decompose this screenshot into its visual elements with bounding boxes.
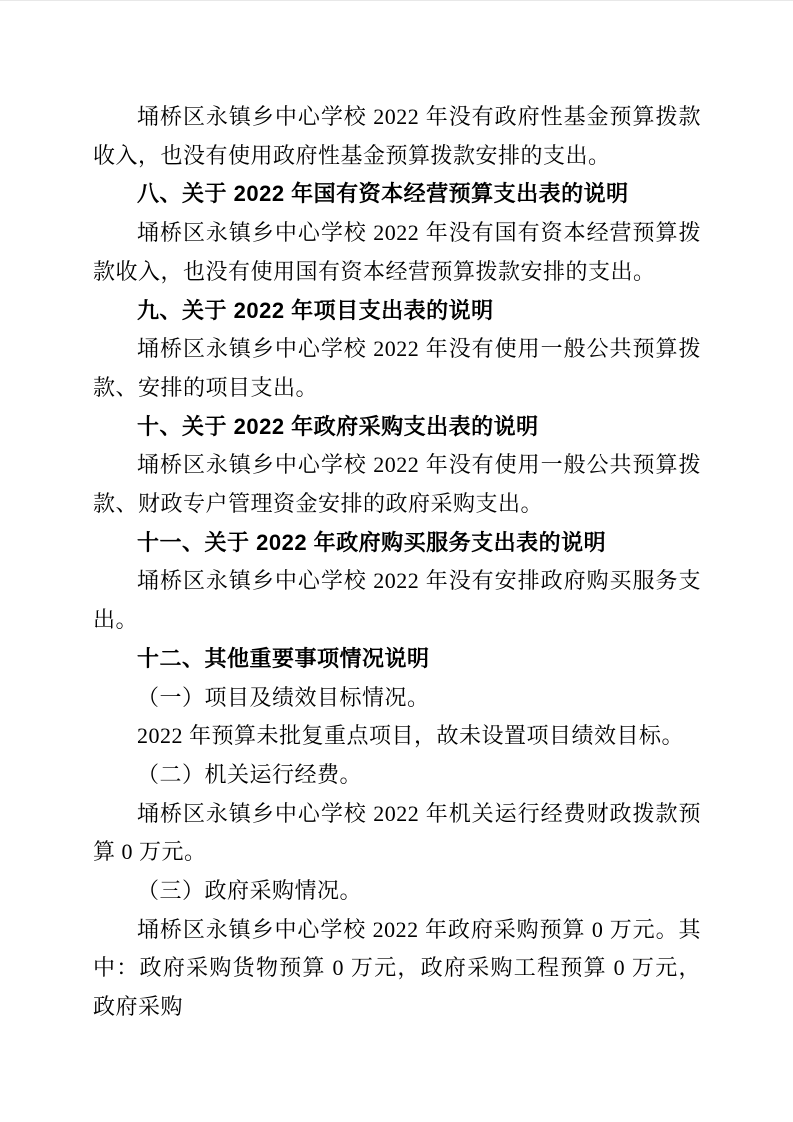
paragraph-operating-funds: 埇桥区永镇乡中心学校 2022 年机关运行经费财政拨款预算 0 万元。 [93,795,701,872]
document-page: 埇桥区永镇乡中心学校 2022 年没有政府性基金预算拨款收入，也没有使用政府性基… [0,0,793,1122]
heading-section-12: 十二、其他重要事项情况说明 [93,640,701,679]
heading-section-9: 九、关于 2022 年项目支出表的说明 [93,292,701,331]
paragraph-project-expenditure: 埇桥区永镇乡中心学校 2022 年没有使用一般公共预算拨款、安排的项目支出。 [93,330,701,407]
document-body: 埇桥区永镇乡中心学校 2022 年没有政府性基金预算拨款收入，也没有使用政府性基… [93,98,701,1027]
paragraph-item-1-title: （一）项目及绩效目标情况。 [93,679,701,718]
paragraph-purchased-services: 埇桥区永镇乡中心学校 2022 年没有安排政府购买服务支出。 [93,562,701,639]
paragraph-gov-fund-budget: 埇桥区永镇乡中心学校 2022 年没有政府性基金预算拨款收入，也没有使用政府性基… [93,98,701,175]
paragraph-performance-goals: 2022 年预算未批复重点项目，故未设置项目绩效目标。 [93,717,701,756]
heading-section-8: 八、关于 2022 年国有资本经营预算支出表的说明 [93,175,701,214]
paragraph-item-3-title: （三）政府采购情况。 [93,872,701,911]
heading-section-10: 十、关于 2022 年政府采购支出表的说明 [93,408,701,447]
paragraph-item-2-title: （二）机关运行经费。 [93,756,701,795]
heading-section-11: 十一、关于 2022 年政府购买服务支出表的说明 [93,524,701,563]
paragraph-procurement-budget: 埇桥区永镇乡中心学校 2022 年政府采购预算 0 万元。其中：政府采购货物预算… [93,911,701,1027]
paragraph-gov-procurement-exp: 埇桥区永镇乡中心学校 2022 年没有使用一般公共预算拨款、财政专户管理资金安排… [93,446,701,523]
paragraph-state-capital-budget: 埇桥区永镇乡中心学校 2022 年没有国有资本经营预算拨款收入，也没有使用国有资… [93,214,701,291]
